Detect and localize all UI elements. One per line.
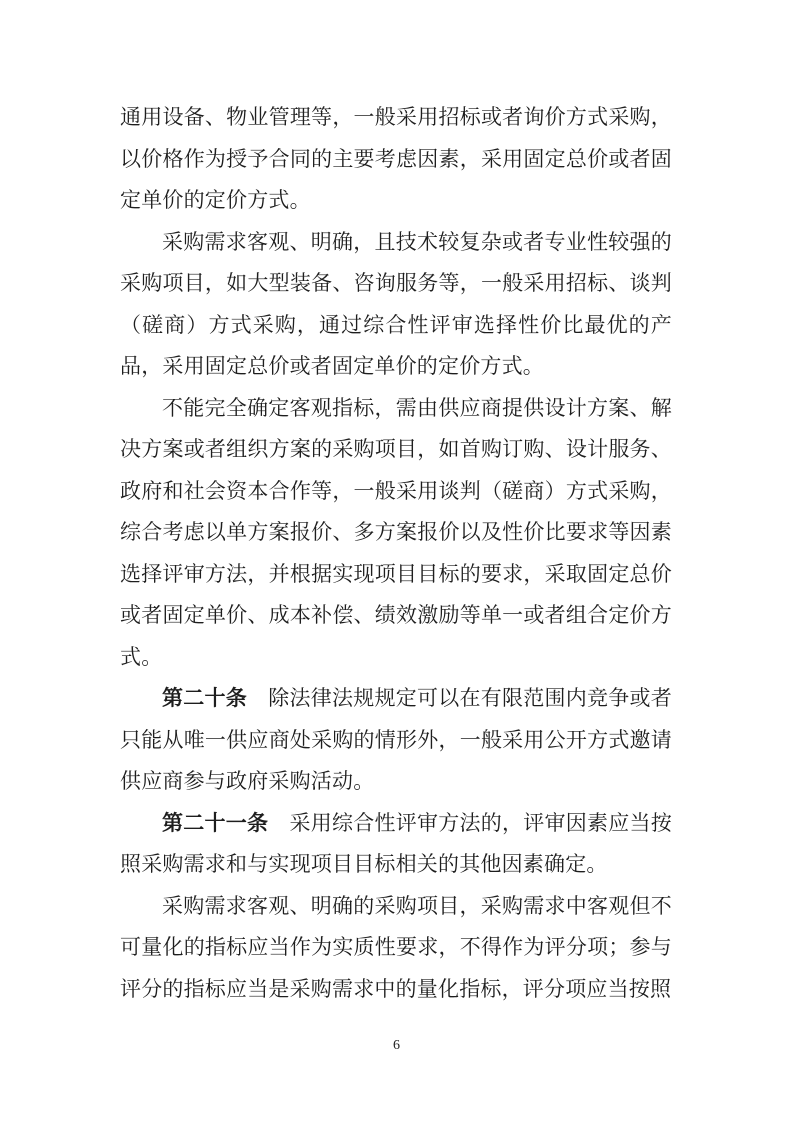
page-footer: 6 [0, 1036, 793, 1054]
paragraph-text: 采购需求客观、明确，且技术较复杂或者专业性较强的采购项目，如大型装备、咨询服务等… [120, 230, 672, 379]
page-number: 6 [393, 1038, 400, 1053]
paragraph: 采购需求客观、明确，且技术较复杂或者专业性较强的采购项目，如大型装备、咨询服务等… [120, 222, 672, 388]
paragraph-article-20: 第二十条 除法律法规规定可以在有限范围内竞争或者只能从唯一供应商处采购的情形外，… [120, 678, 672, 803]
paragraph-article-21: 第二十一条 采用综合性评审方法的，评审因素应当按照采购需求和与实现项目目标相关的… [120, 803, 672, 886]
document-body: 通用设备、物业管理等，一般采用招标或者询价方式采购，以价格作为授予合同的主要考虑… [120, 97, 672, 1010]
article-21-number: 第二十一条 [162, 812, 290, 835]
paragraph: 采购需求客观、明确的采购项目，采购需求中客观但不可量化的指标应当作为实质性要求，… [120, 886, 672, 1011]
document-page: 通用设备、物业管理等，一般采用招标或者询价方式采购，以价格作为授予合同的主要考虑… [0, 0, 793, 1122]
paragraph-text: 不能完全确定客观指标，需由供应商提供设计方案、解决方案或者组织方案的采购项目，如… [120, 396, 672, 669]
paragraph-text: 采购需求客观、明确的采购项目，采购需求中客观但不可量化的指标应当作为实质性要求，… [120, 894, 672, 1001]
article-20-number: 第二十条 [162, 687, 268, 710]
paragraph-continuation: 通用设备、物业管理等，一般采用招标或者询价方式采购，以价格作为授予合同的主要考虑… [120, 97, 672, 222]
paragraph-text: 通用设备、物业管理等，一般采用招标或者询价方式采购，以价格作为授予合同的主要考虑… [120, 105, 672, 212]
paragraph: 不能完全确定客观指标，需由供应商提供设计方案、解决方案或者组织方案的采购项目，如… [120, 388, 672, 679]
